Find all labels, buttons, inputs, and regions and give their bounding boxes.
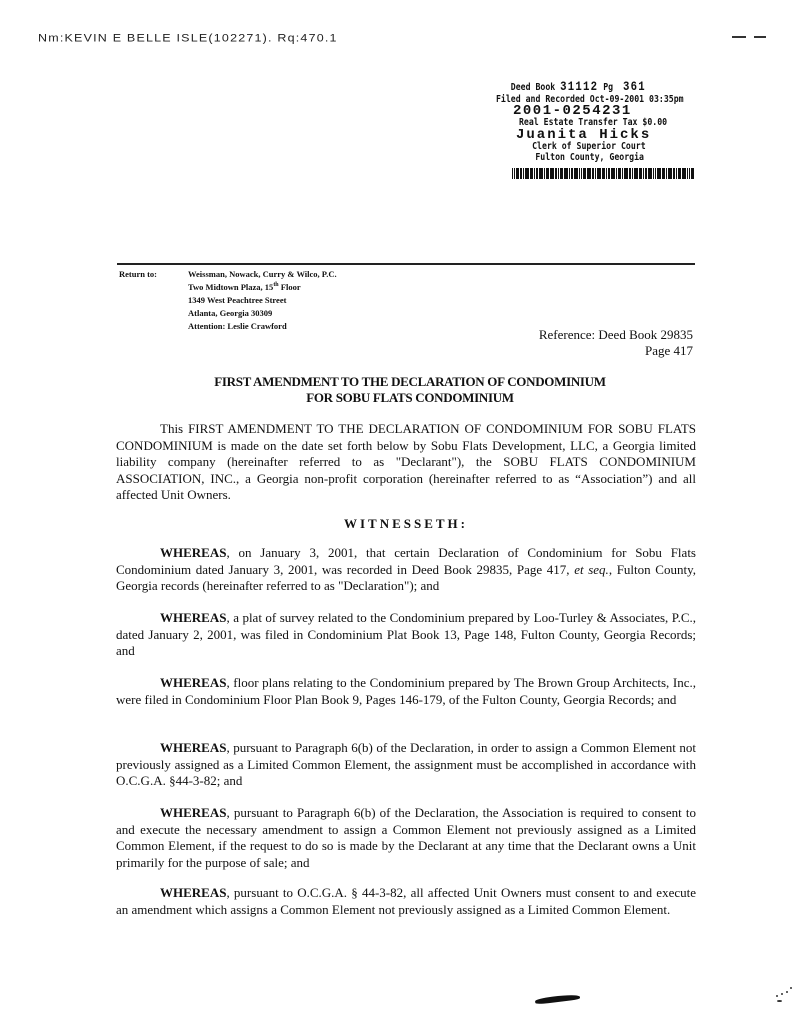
scan-smudge xyxy=(535,993,580,1004)
return-to-label: Return to: xyxy=(119,268,157,281)
address-line-1-text: Two Midtown Plaza, 15 xyxy=(188,282,273,292)
address-line-2: 1349 West Peachtree Street xyxy=(188,294,337,307)
intro-paragraph: This FIRST AMENDMENT TO THE DECLARATION … xyxy=(116,421,696,504)
title-line-1: FIRST AMENDMENT TO THE DECLARATION OF CO… xyxy=(100,374,720,390)
recital-lead: WHEREAS xyxy=(160,610,226,625)
attention-line: Attention: Leslie Crawford xyxy=(188,320,337,333)
reference-page: Page 417 xyxy=(539,343,693,359)
return-address: Weissman, Nowack, Curry & Wilco, P.C. Tw… xyxy=(188,268,337,333)
deed-page-number: 361 xyxy=(623,79,646,94)
recital-6: WHEREAS, pursuant to O.C.G.A. § 44-3-82,… xyxy=(116,885,696,918)
recital-lead: WHEREAS xyxy=(160,545,226,560)
intro-text: This FIRST AMENDMENT TO THE DECLARATION … xyxy=(116,421,696,502)
recital-2: WHEREAS, a plat of survey related to the… xyxy=(116,610,696,660)
clerk-name: Juanita Hicks xyxy=(496,129,736,141)
scan-specks xyxy=(774,985,794,1005)
corner-dash-marks xyxy=(732,36,768,39)
clerk-title: Clerk of Superior Court xyxy=(496,141,693,153)
recital-lead: WHEREAS xyxy=(160,885,226,900)
title-line-2: FOR SOBU FLATS CONDOMINIUM xyxy=(100,390,720,406)
recital-lead: WHEREAS xyxy=(160,675,226,690)
reference-deed-book: Reference: Deed Book 29835 xyxy=(539,327,693,343)
document-title: FIRST AMENDMENT TO THE DECLARATION OF CO… xyxy=(100,374,720,406)
recital-1: WHEREAS, on January 3, 2001, that certai… xyxy=(116,545,696,595)
header-rule xyxy=(117,263,695,265)
recital-3: WHEREAS, floor plans relating to the Con… xyxy=(116,675,696,708)
deed-book-line: Deed Book 31112 Pg 361 xyxy=(496,81,693,94)
firm-name: Weissman, Nowack, Curry & Wilco, P.C. xyxy=(188,268,337,281)
recording-stamp: Deed Book 31112 Pg 361 Filed and Recorde… xyxy=(496,81,736,164)
page-label: Pg xyxy=(603,82,613,93)
recital-4: WHEREAS, pursuant to Paragraph 6(b) of t… xyxy=(116,740,696,790)
barcode xyxy=(512,168,728,179)
witnesseth-heading: WITNESSETH: xyxy=(116,516,696,532)
recital-italic: et seq. xyxy=(574,562,609,577)
instrument-number: 2001-0254231 xyxy=(496,105,736,117)
recital-5: WHEREAS, pursuant to Paragraph 6(b) of t… xyxy=(116,805,696,871)
filed-recorded-line: Filed and Recorded Oct-09-2001 03:35pm xyxy=(496,94,693,106)
deed-book-number: 31112 xyxy=(560,79,598,94)
transfer-tax: Real Estate Transfer Tax $0.00 xyxy=(496,117,693,129)
address-line-1-floor: Floor xyxy=(279,282,301,292)
reference-block: Reference: Deed Book 29835 Page 417 xyxy=(539,327,693,359)
address-line-1: Two Midtown Plaza, 15th Floor xyxy=(188,281,337,294)
deed-book-label: Deed Book xyxy=(511,82,555,93)
address-line-3: Atlanta, Georgia 30309 xyxy=(188,307,337,320)
recital-lead: WHEREAS xyxy=(160,805,226,820)
fax-header: Nm:KEVIN E BELLE ISLE(102271). Rq:470.1 xyxy=(38,32,338,44)
recital-lead: WHEREAS xyxy=(160,740,226,755)
county: Fulton County, Georgia xyxy=(496,152,693,164)
